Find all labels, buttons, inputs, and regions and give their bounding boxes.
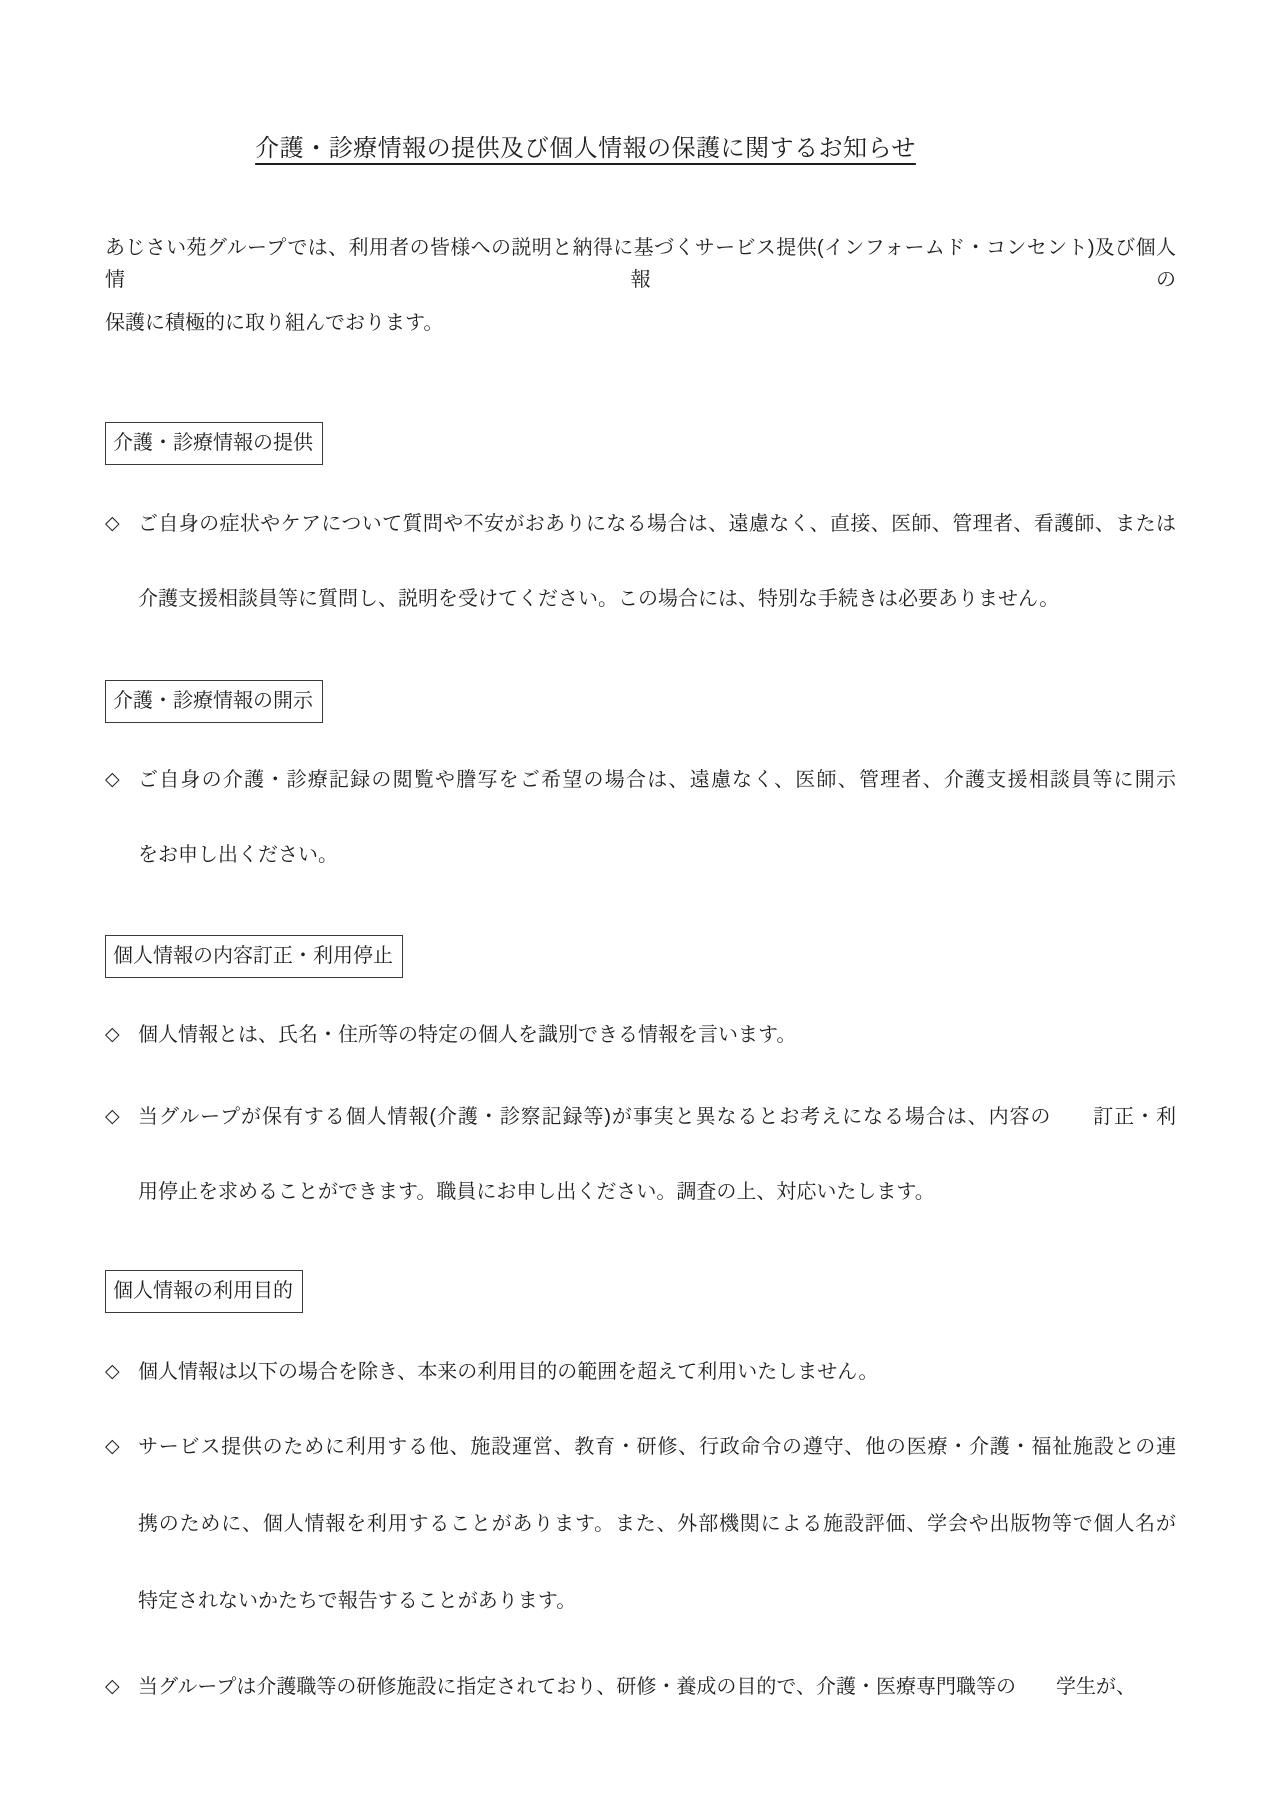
bullet-item: ◇ ご自身の介護・診療記録の閲覧や謄写をご希望の場合は、遠慮なく、医師、管理者、…: [105, 764, 1176, 796]
page-title: 介護・診療情報の提供及び個人情報の保護に関するお知らせ: [105, 130, 1066, 168]
document-page: 介護・診療情報の提供及び個人情報の保護に関するお知らせ あじさい苑グループでは、…: [0, 0, 1280, 1810]
bullet-continuation-line: 介護支援相談員等に質問し、説明を受けてください。この場合には、特別な手続きは必要…: [138, 583, 1176, 615]
page-title-text: 介護・診療情報の提供及び個人情報の保護に関するお知らせ: [255, 135, 916, 162]
bullet-item: ◇ ご自身の症状やケアについて質問や不安がおありになる場合は、遠慮なく、直接、医…: [105, 508, 1176, 540]
bullet-text: サービス提供のために利用する他、施設運営、教育・研修、行政命令の遵守、他の医療・…: [138, 1431, 1176, 1463]
section-heading-care-info-disclosure: 介護・診療情報の開示: [105, 680, 323, 723]
intro-line-2: 保護に積極的に取り組んでおります。: [105, 307, 1176, 339]
diamond-bullet-icon: ◇: [105, 1356, 138, 1388]
bullet-item: ◇ 当グループが保有する個人情報(介護・診察記録等)が事実と異なるとお考えになる…: [105, 1101, 1176, 1133]
bullet-text: 当グループは介護職等の研修施設に指定されており、研修・養成の目的で、介護・医療専…: [138, 1671, 1176, 1703]
bullet-continuation-line: 携のために、個人情報を利用することがあります。また、外部機関による施設評価、学会…: [138, 1508, 1176, 1540]
bullet-text: 個人情報とは、氏名・住所等の特定の個人を識別できる情報を言います。: [138, 1019, 1176, 1051]
bullet-continuation-line: 特定されないかたちで報告することがあります。: [138, 1585, 1176, 1617]
intro-line-1: あじさい苑グループでは、利用者の皆様への説明と納得に基づくサービス提供(インフォ…: [105, 232, 1176, 296]
section-heading-personal-info-purpose: 個人情報の利用目的: [105, 1270, 303, 1313]
diamond-bullet-icon: ◇: [105, 508, 138, 540]
diamond-bullet-icon: ◇: [105, 1431, 138, 1463]
bullet-text: ご自身の症状やケアについて質問や不安がおありになる場合は、遠慮なく、直接、医師、…: [138, 508, 1176, 540]
bullet-continuation-line: をお申し出ください。: [138, 839, 1176, 871]
bullet-item: ◇ 個人情報とは、氏名・住所等の特定の個人を識別できる情報を言います。: [105, 1019, 1176, 1051]
diamond-bullet-icon: ◇: [105, 1671, 138, 1703]
bullet-text: ご自身の介護・診療記録の閲覧や謄写をご希望の場合は、遠慮なく、医師、管理者、介護…: [138, 764, 1176, 796]
bullet-item: ◇ 個人情報は以下の場合を除き、本来の利用目的の範囲を超えて利用いたしません。: [105, 1356, 1176, 1388]
bullet-item: ◇ 当グループは介護職等の研修施設に指定されており、研修・養成の目的で、介護・医…: [105, 1671, 1176, 1703]
diamond-bullet-icon: ◇: [105, 1019, 138, 1051]
diamond-bullet-icon: ◇: [105, 764, 138, 796]
bullet-text: 個人情報は以下の場合を除き、本来の利用目的の範囲を超えて利用いたしません。: [138, 1356, 1176, 1388]
diamond-bullet-icon: ◇: [105, 1101, 138, 1133]
bullet-item: ◇ サービス提供のために利用する他、施設運営、教育・研修、行政命令の遵守、他の医…: [105, 1431, 1176, 1463]
bullet-continuation-line: 用停止を求めることができます。職員にお申し出ください。調査の上、対応いたします。: [138, 1176, 1176, 1208]
bullet-text: 当グループが保有する個人情報(介護・診察記録等)が事実と異なるとお考えになる場合…: [138, 1101, 1176, 1133]
section-heading-care-info-provision: 介護・診療情報の提供: [105, 422, 323, 465]
section-heading-personal-info-correction: 個人情報の内容訂正・利用停止: [105, 935, 403, 978]
